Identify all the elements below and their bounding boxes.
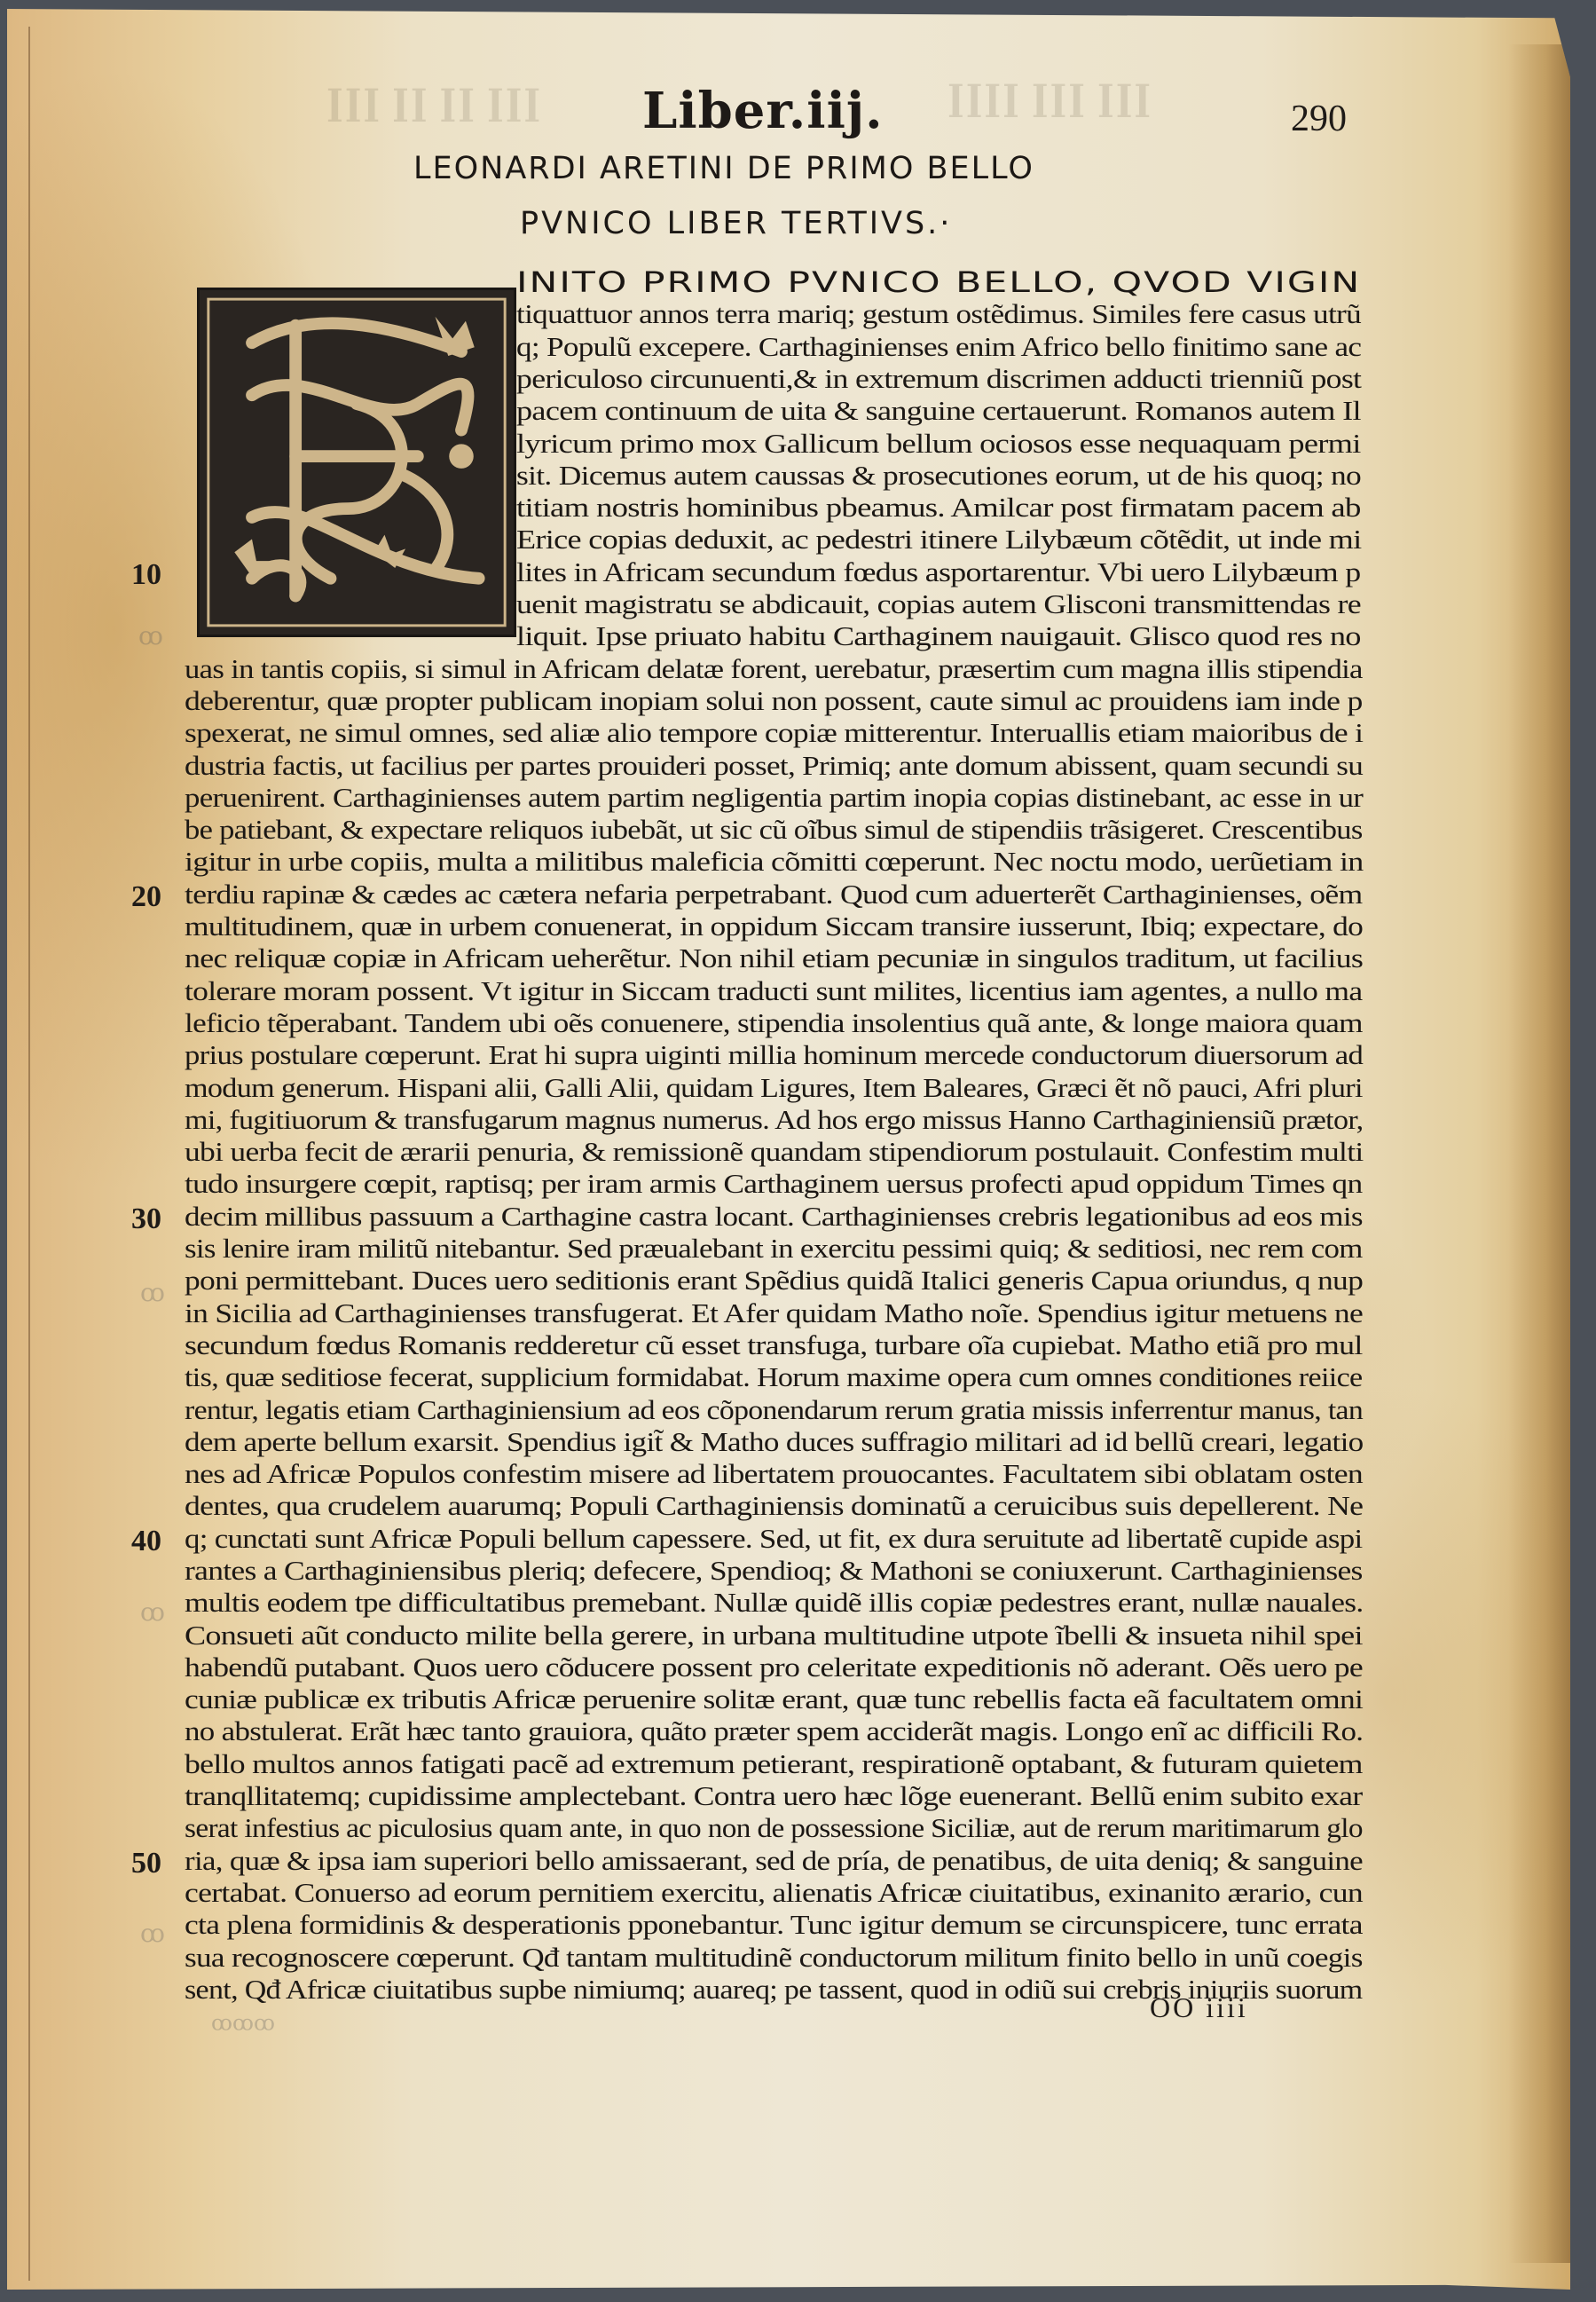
text-line: INITO PRIMO PVNICO BELLO, QVOD VIGIN	[516, 266, 1361, 298]
chapter-title-line-2: PVNICO LIBER TERTIVS.·	[520, 206, 952, 241]
page-edge-shadow	[1508, 44, 1570, 2263]
text-line: multis eodem tpe difficultatibus premeba…	[185, 1587, 1363, 1619]
show-through-stamp: ꝏꝏꝏ	[211, 2013, 275, 2038]
gutter-fold-line	[28, 27, 30, 2281]
text-line: multitudinem, quæ in urbem conuenerat, i…	[185, 911, 1363, 942]
decorated-initial-woodcut	[197, 288, 516, 637]
text-line: tudo insurgere cœpit, raptisq; per iram …	[185, 1168, 1363, 1200]
text-line: lites in Africam secundum fœdus asportar…	[516, 556, 1360, 588]
signature-mark: OO iiii	[1150, 1991, 1248, 2024]
text-line: tolerare moram possent. Vt igitur in Sic…	[185, 975, 1362, 1007]
text-line: lyricum primo mox Gallicum bellum ocioso…	[516, 428, 1361, 460]
text-line: rantes a Carthaginiensibus pleriq; defec…	[185, 1555, 1363, 1587]
text-line: sit. Dicemus autem caussas & prosecution…	[516, 460, 1361, 492]
show-through-text: ꟾꟾꟾꟾ ꟾꟾꟾ ꟾꟾꟾ	[947, 84, 1152, 126]
text-line: cta plena formidinis & desperationis ppo…	[185, 1909, 1363, 1941]
text-line: in Sicilia ad Carthaginienses transfuger…	[185, 1297, 1363, 1329]
text-line: bello multos annos fatigati pacẽ ad extr…	[185, 1748, 1363, 1780]
text-line: titiam nostris hominibus pbeamus. Amilca…	[516, 492, 1361, 524]
text-line: liquit. Ipse priuato habitu Carthaginem …	[516, 620, 1361, 652]
chapter-title-line-1: LEONARDI ARETINI DE PRIMO BELLO	[413, 151, 1034, 186]
text-line: no abstulerat. Erãt hæc tanto grauiora, …	[185, 1715, 1363, 1747]
text-line: nec reliquæ copiæ in Africam ueherẽtur. …	[185, 942, 1363, 974]
text-line: peruenirent. Carthaginienses autem parti…	[185, 782, 1363, 814]
text-line: leficio tẽperabant. Tandem ubi oẽs conue…	[185, 1007, 1363, 1039]
text-line: ria, quæ & ipsa iam superiori bello amis…	[185, 1845, 1363, 1877]
text-line: terdiu rapinæ & cædes ac cætera nefaria …	[185, 879, 1362, 911]
text-line: q; Populũ excepere. Carthaginienses enim…	[516, 331, 1361, 363]
text-line: tranqllitatemq; cupidissime amplectebant…	[185, 1780, 1362, 1812]
show-through-mark: ꝏ	[138, 621, 163, 651]
text-line: Erice copias deduxit, ac pedestri itiner…	[516, 524, 1361, 556]
text-line: sis lenire iram militũ nitebantur. Sed p…	[185, 1233, 1363, 1265]
text-line: prius postulare cœperunt. Erat hi supra …	[185, 1039, 1363, 1071]
text-line: deberentur, quæ propter publicam inopiam…	[185, 685, 1363, 717]
text-line: uas in tantis copiis, si simul in Africa…	[185, 653, 1363, 685]
show-through-text: ꟾꟾꟾ ꟾꟾ ꟾꟾ ꟾꟾꟾ	[326, 89, 542, 130]
text-line: certabat. Conuerso ad eorum pernitiem ex…	[185, 1877, 1363, 1909]
text-line: uenit magistratu se abdicauit, copias au…	[516, 588, 1361, 620]
margin-line-number: 30	[131, 1202, 161, 1236]
show-through-mark: ꝏ	[140, 1597, 165, 1628]
text-line: tiquattuor annos terra mariq; gestum ost…	[516, 298, 1361, 330]
text-line: igitur in urbe copiis, multa a militibus…	[185, 846, 1364, 878]
text-line: secundum fœdus Romanis redderetur cũ ess…	[185, 1329, 1363, 1361]
text-line: q; cunctati sunt Africæ Populi bellum ca…	[185, 1523, 1363, 1555]
margin-line-number: 50	[131, 1847, 161, 1880]
foliate-initial-icon	[200, 290, 514, 635]
book-page: ꟾꟾꟾ ꟾꟾ ꟾꟾ ꟾꟾꟾ ꟾꟾꟾꟾ ꟾꟾꟾ ꟾꟾꟾ Liber.iij. 29…	[7, 9, 1570, 2290]
margin-line-number: 40	[131, 1525, 161, 1558]
text-line: spexerat, ne simul omnes, sed aliæ alio …	[185, 717, 1363, 749]
page-number: 290	[1291, 98, 1347, 140]
text-line: pacem continuum de uita & sanguine certa…	[516, 395, 1361, 427]
text-line: habendũ putabant. Quos uero cõducere pos…	[185, 1652, 1363, 1683]
text-line: sua recognoscere cœperunt. Qđ tantam mul…	[185, 1942, 1363, 1974]
text-line: ubi uerba fecit de ærarii penuria, & rem…	[185, 1136, 1364, 1168]
text-line: Consueti aũt conducto milite bella gerer…	[185, 1620, 1363, 1652]
text-line: nes ad Africæ Populos confestim misere a…	[185, 1458, 1363, 1490]
text-line: dustria factis, ut facilius per partes p…	[185, 750, 1363, 782]
text-line: cuniæ publicæ ex tributis Africæ perueni…	[185, 1683, 1363, 1715]
text-line: mi, fugitiuorum & transfugarum magnus nu…	[185, 1104, 1364, 1136]
margin-line-number: 10	[131, 558, 161, 592]
text-line: dem aperte bellum exarsit. Spendius igit…	[185, 1426, 1364, 1458]
text-line: modum generum. Hispani alii, Galli Alii,…	[185, 1072, 1363, 1104]
text-line: decim millibus passuum a Carthagine cast…	[185, 1201, 1363, 1233]
text-line: periculoso circunuenti,& in extremum dis…	[516, 363, 1361, 395]
show-through-mark: ꝏ	[140, 1919, 165, 1949]
text-line: be patiebant, & expectare reliquos iubeb…	[185, 814, 1363, 846]
text-line: tis, quæ seditiose fecerat, supplicium f…	[185, 1361, 1363, 1393]
text-line: serat infestius ac piculosius quam ante,…	[185, 1812, 1363, 1844]
text-line: poni permittebant. Duces uero seditionis…	[185, 1265, 1363, 1297]
text-line: dentes, qua crudelem auarumq; Populi Car…	[185, 1490, 1363, 1522]
margin-line-number: 20	[131, 880, 161, 914]
show-through-mark: ꝏ	[140, 1278, 165, 1308]
text-line: rentur, legatis etiam Carthaginiensium a…	[185, 1394, 1363, 1426]
running-head: Liber.iij.	[642, 82, 884, 140]
